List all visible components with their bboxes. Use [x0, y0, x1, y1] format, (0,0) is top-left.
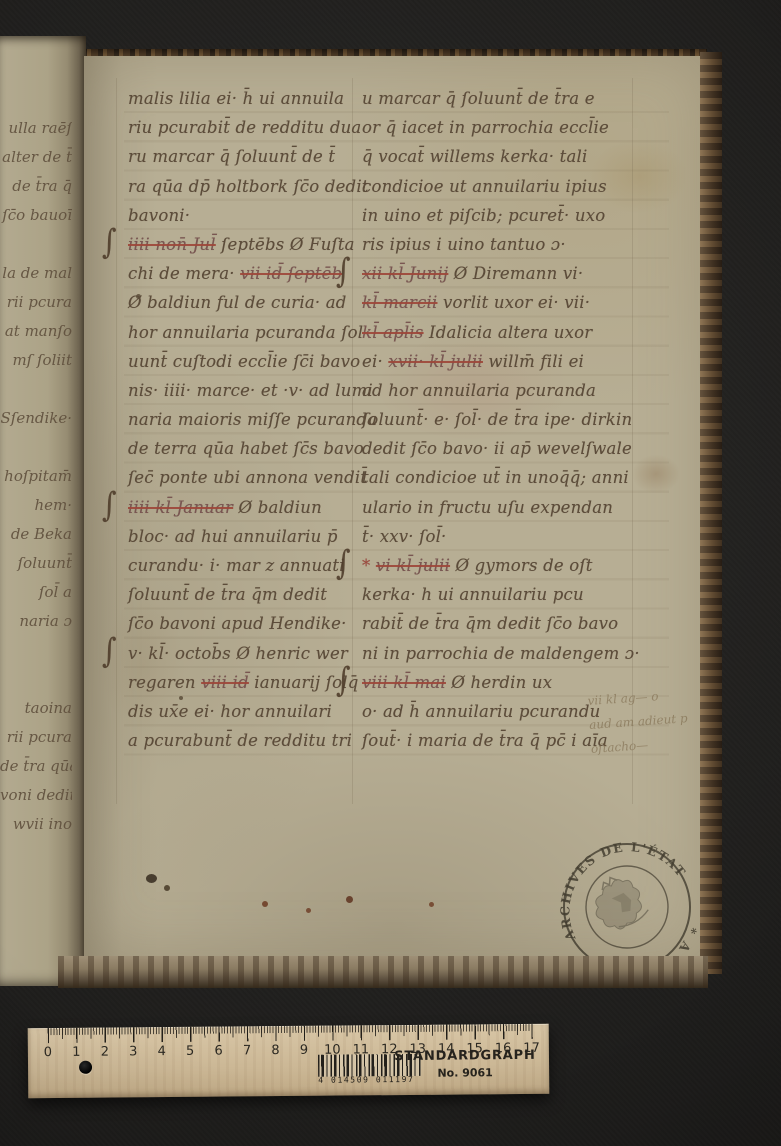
manuscript-text: ſout̄· i maria de t̄ra q̄ pc̄ i aīa: [362, 731, 608, 750]
manuscript-text: vorlit uxor ei· vii·: [438, 293, 591, 312]
manuscript-line: ad hor annuilaria pcuranda: [362, 376, 662, 405]
manuscript-text: or q̄ iacet in parrochia eccl̄ie: [362, 118, 609, 137]
manuscript-text: dis ux̄e ei· hor annuilari: [128, 702, 332, 721]
facing-text-fragment: [0, 230, 72, 259]
struck-date-text: xvii· kl̄ julii: [388, 352, 483, 371]
struck-date-text: xii kl̄ Junij: [362, 264, 448, 283]
manuscript-text: ſoluunt̄· e· ſol̄· de t̄ra ipe· dirkin: [362, 410, 632, 429]
manuscript-text: ſeptēbs Ø Fuſta: [216, 235, 355, 254]
manuscript-text: ulario in fructu uſu expendan: [362, 498, 613, 517]
manuscript-line: regaren viii id̄ ianuarij ſolq̄: [128, 668, 360, 697]
ink-spot: [146, 874, 157, 883]
manuscript-text: a pcurabunt̄ de redditu tri: [128, 731, 352, 750]
ruler-hole: [79, 1061, 92, 1074]
manuscript-line: ∫v· kl̄· octob̄s Ø henric wer: [128, 639, 360, 668]
manuscript-line: malis lilia ei· h̄ ui annuila: [128, 84, 360, 113]
manuscript-text: hor annuilaria pcuranda ſol: [128, 323, 363, 342]
manuscript-text: ris ipius i uino tantuo ɔ·: [362, 235, 566, 254]
stamp-emblem: [584, 869, 652, 937]
manuscript-line: ſec̄ ponte ubi annona vendit̄: [128, 463, 360, 492]
paragraph-mark: ∫: [336, 545, 351, 580]
manuscript-text: nis· iiii· marce· et ·v· ad lumi: [128, 381, 373, 400]
facing-text-fragment: alter de t̄: [0, 143, 72, 172]
struck-date-text: iiii non̄ Jul̄: [128, 235, 216, 254]
manuscript-line: or q̄ iacet in parrochia eccl̄ie: [362, 113, 662, 142]
ink-spot: [164, 885, 170, 891]
manuscript-line: hor annuilaria pcuranda ſol: [128, 318, 360, 347]
manuscript-text: ru marcar q̄ ſoluunt̄ de t̄: [128, 147, 335, 166]
manuscript-text: ſc̄o bavoni apud Hendike·: [128, 614, 347, 633]
manuscript-line: q̄ vocat̄ willems kerka· tali: [362, 142, 662, 171]
manuscript-line: rabit̄ de t̄ra q̄m dedit ſc̄o bavo: [362, 609, 662, 638]
manuscript-text: chi de mera·: [128, 264, 240, 283]
manuscript-line: de terra qūa habet ſc̄s bavo: [128, 434, 360, 463]
cm-label: 1: [72, 1045, 80, 1060]
manuscript-text: ſec̄ ponte ubi annona vendit̄: [128, 468, 367, 487]
manuscript-line: ei· xvii· kl̄ julii willm̄ fili ei: [362, 347, 662, 376]
manuscript-line: bavoni·: [128, 201, 360, 230]
manuscript-page: malis lilia ei· h̄ ui annuilariu pcurabi…: [84, 56, 704, 958]
facing-text-fragment: rii pcura: [0, 288, 72, 317]
manuscript-text: Ø herdin ux: [446, 673, 552, 692]
manuscript-text: ra qūa dp̄ holtbork ſc̄o dedit: [128, 177, 369, 196]
manuscript-text: malis lilia ei· h̄ ui annuila: [128, 89, 344, 108]
manuscript-line: naria maioris miſſe pcuranda: [128, 405, 360, 434]
manuscript-line: ∫iiii kl̄ Januar Ø baldiun: [128, 493, 360, 522]
manuscript-line: a pcurabunt̄ de redditu tri: [128, 726, 360, 755]
manuscript-text: Ø Diremann vi·: [448, 264, 583, 283]
facing-text-fragment: ſol̄ a: [0, 578, 72, 607]
facing-text-fragment: mſ ſoliit: [0, 346, 72, 375]
manuscript-photo: ulla raēſalter de t̄de t̄ra q̄ſc̄o bauoī…: [0, 0, 781, 1146]
struck-date-text: kl̄ apl̄is: [362, 323, 424, 342]
manuscript-text: u marcar q̄ ſoluunt̄ de t̄ra e: [362, 89, 595, 108]
facing-text-fragment: de t̄ra qūa: [0, 752, 72, 781]
facing-text-fragment: voni dedit: [0, 781, 72, 810]
manuscript-line: riu pcurabit̄ de redditu dua: [128, 113, 360, 142]
manuscript-line: ∫iiii non̄ Jul̄ ſeptēbs Ø Fuſta: [128, 230, 360, 259]
ruler-model: No. 9061: [380, 1066, 550, 1080]
facing-text-fragment: ulla raēſ: [0, 114, 72, 143]
manuscript-text: v· kl̄· octob̄s Ø henric wer: [128, 644, 348, 663]
struck-date-text: vii id̄ ſeptēb: [240, 264, 342, 283]
manuscript-text: naria maioris miſſe pcuranda: [128, 410, 377, 429]
struck-date-text: kl̄ marcii: [362, 293, 438, 312]
manuscript-line: t̄· xxv· ſol̄·: [362, 522, 662, 551]
manuscript-text: ad hor annuilaria pcuranda: [362, 381, 596, 400]
manuscript-line: ris ipius i uino tantuo ɔ·: [362, 230, 662, 259]
centimeter-ticks: [48, 1024, 533, 1043]
manuscript-text: curandu· i· mar z annuati: [128, 556, 345, 575]
manuscript-text: in uino et piſcib; pcuret̄· uxo: [362, 206, 605, 225]
manuscript-line: tali condicioe ut̄ in unoq̄q̄; anni: [362, 463, 662, 492]
manuscript-text: condicioe ut annuilariu ipius: [362, 177, 607, 196]
manuscript-text: *: [362, 556, 376, 575]
book-binding-edge: [700, 52, 722, 974]
facing-text-fragment: naria ɔ: [0, 607, 72, 636]
manuscript-line: ra qūa dp̄ holtbork ſc̄o dedit: [128, 172, 360, 201]
struck-date-text: viii id̄: [201, 673, 249, 692]
facing-page-edge: ulla raēſalter de t̄de t̄ra q̄ſc̄o bauoī…: [0, 36, 86, 986]
manuscript-line: kl̄ apl̄is Idalicia altera uxor: [362, 318, 662, 347]
manuscript-line: dedit ſc̄o bavo· ii ap̄ wevelſwale: [362, 434, 662, 463]
manuscript-line: Ø baldiun ful de curia· ad: [128, 288, 360, 317]
facing-text-fragment: wvii ino: [0, 810, 72, 839]
manuscript-text: Idalicia altera uxor: [424, 323, 593, 342]
ruler: 01234567891011121314151617 4 014509 0111…: [28, 1024, 550, 1099]
cm-label: 2: [101, 1045, 109, 1060]
manuscript-line: ſoluunt̄· e· ſol̄· de t̄ra ipe· dirkin: [362, 405, 662, 434]
manuscript-text: ei·: [362, 352, 388, 371]
page-bottom-edge: [58, 956, 708, 988]
ruler-ticks: 01234567891011121314151617: [48, 1024, 534, 1028]
manuscript-text: riu pcurabit̄ de redditu dua: [128, 118, 361, 137]
facing-text-fragment: la de mal: [0, 259, 72, 288]
manuscript-text: dedit ſc̄o bavo· ii ap̄ wevelſwale: [362, 439, 632, 458]
manuscript-line: chi de mera· vii id̄ ſeptēb: [128, 259, 360, 288]
manuscript-line: uunt̄ cuſtodi eccl̄ie ſc̄i bavo: [128, 347, 360, 376]
facing-text-fragment: hoſpitam̄: [0, 462, 72, 491]
manuscript-text: rabit̄ de t̄ra q̄m dedit ſc̄o bavo: [362, 614, 618, 633]
manuscript-line: ∫* vi kl̄ julii Ø gymors de oſt: [362, 551, 662, 580]
cm-label: 7: [243, 1043, 251, 1058]
manuscript-text: bloc· ad hui annuilariu p̄: [128, 527, 338, 546]
text-column-left: malis lilia ei· h̄ ui annuilariu pcurabi…: [128, 84, 360, 755]
manuscript-text: o· ad h̄ annuilariu pcurandu: [362, 702, 600, 721]
manuscript-line: dis ux̄e ei· hor annuilari: [128, 697, 360, 726]
manuscript-line: curandu· i· mar z annuati: [128, 551, 360, 580]
facing-text-fragment: [0, 665, 72, 694]
paragraph-mark: ∫: [336, 662, 351, 697]
struck-date-text: iiii kl̄ Januar: [128, 498, 233, 517]
manuscript-text: tali condicioe ut̄ in unoq̄q̄; anni: [362, 468, 629, 487]
manuscript-line: ru marcar q̄ ſoluunt̄ de t̄: [128, 142, 360, 171]
manuscript-line: bloc· ad hui annuilariu p̄: [128, 522, 360, 551]
cm-label: 6: [214, 1044, 222, 1059]
facing-text-fragment: hem·: [0, 491, 72, 520]
ruler-brand-block: STANDARDGRAPH No. 9061: [380, 1048, 550, 1080]
manuscript-text: uunt̄ cuſtodi eccl̄ie ſc̄i bavo: [128, 352, 360, 371]
manuscript-line: u marcar q̄ ſoluunt̄ de t̄ra e: [362, 84, 662, 113]
facing-text-fragment: de Beka: [0, 520, 72, 549]
facing-text-fragment: Sſendike·: [0, 404, 72, 433]
ink-spot: [306, 908, 311, 913]
paragraph-mark: ∫: [102, 633, 117, 668]
manuscript-text: Ø gymors de oſt: [450, 556, 593, 575]
struck-date-text: vi kl̄ julii: [376, 556, 450, 575]
cm-label: 5: [186, 1044, 194, 1059]
manuscript-text: q̄ vocat̄ willems kerka· tali: [362, 147, 588, 166]
margin-annotation: vii kl ag— oaud am adieut poſtacho—: [587, 675, 781, 761]
struck-date-text: viii kl̄ mai: [362, 673, 446, 692]
cm-label: 9: [300, 1043, 308, 1058]
ink-spot: [429, 902, 434, 907]
manuscript-text: ni in parrochia de maldengem ɔ·: [362, 644, 640, 663]
manuscript-text: kerka· h ui annuilariu pcu: [362, 585, 584, 604]
facing-page-text-fragments: ulla raēſalter de t̄de t̄ra q̄ſc̄o bauoī…: [0, 114, 72, 839]
manuscript-line: condicioe ut annuilariu ipius: [362, 172, 662, 201]
facing-text-fragment: [0, 636, 72, 665]
manuscript-text: ſoluunt̄ de t̄ra q̄m dedit: [128, 585, 327, 604]
facing-text-fragment: ſoluunt̄: [0, 549, 72, 578]
cm-label: 3: [129, 1044, 137, 1059]
paragraph-mark: ∫: [102, 224, 117, 259]
manuscript-text: willm̄ fili ei: [483, 352, 584, 371]
manuscript-line: ni in parrochia de maldengem ɔ·: [362, 639, 662, 668]
facing-text-fragment: [0, 375, 72, 404]
manuscript-line: kerka· h ui annuilariu pcu: [362, 580, 662, 609]
manuscript-line: ſc̄o bavoni apud Hendike·: [128, 609, 360, 638]
manuscript-line: ∫xii kl̄ Junij Ø Diremann vi·: [362, 259, 662, 288]
text-block: malis lilia ei· h̄ ui annuilariu pcurabi…: [124, 84, 669, 774]
paragraph-mark: ∫: [336, 253, 351, 288]
manuscript-text: regaren: [128, 673, 201, 692]
manuscript-text: bavoni·: [128, 206, 190, 225]
manuscript-text: Ø baldiun: [233, 498, 322, 517]
manuscript-line: ſoluunt̄ de t̄ra q̄m dedit: [128, 580, 360, 609]
manuscript-line: nis· iiii· marce· et ·v· ad lumi: [128, 376, 360, 405]
ruler-brand: STANDARDGRAPH: [380, 1048, 550, 1064]
cm-label: 4: [158, 1044, 166, 1059]
facing-text-fragment: at manſo: [0, 317, 72, 346]
facing-text-fragment: rii pcura: [0, 723, 72, 752]
facing-text-fragment: taoina: [0, 694, 72, 723]
manuscript-line: in uino et piſcib; pcuret̄· uxo: [362, 201, 662, 230]
manuscript-text: Ø baldiun ful de curia· ad: [128, 293, 347, 312]
text-column-right: u marcar q̄ ſoluunt̄ de t̄ra eor q̄ iace…: [362, 84, 662, 755]
manuscript-line: kl̄ marcii vorlit uxor ei· vii·: [362, 288, 662, 317]
facing-text-fragment: [0, 433, 72, 462]
facing-text-fragment: ſc̄o bauoī: [0, 201, 72, 230]
facing-text-fragment: de t̄ra q̄: [0, 172, 72, 201]
ink-spot: [262, 901, 268, 907]
manuscript-line: ulario in fructu uſu expendan: [362, 493, 662, 522]
ink-spot: [346, 896, 353, 903]
manuscript-text: t̄· xxv· ſol̄·: [362, 527, 447, 546]
paragraph-mark: ∫: [102, 487, 117, 522]
cm-label: 0: [44, 1045, 52, 1060]
cm-label: 8: [271, 1043, 279, 1058]
manuscript-text: de terra qūa habet ſc̄s bavo: [128, 439, 364, 458]
ruling-line: [116, 78, 117, 804]
